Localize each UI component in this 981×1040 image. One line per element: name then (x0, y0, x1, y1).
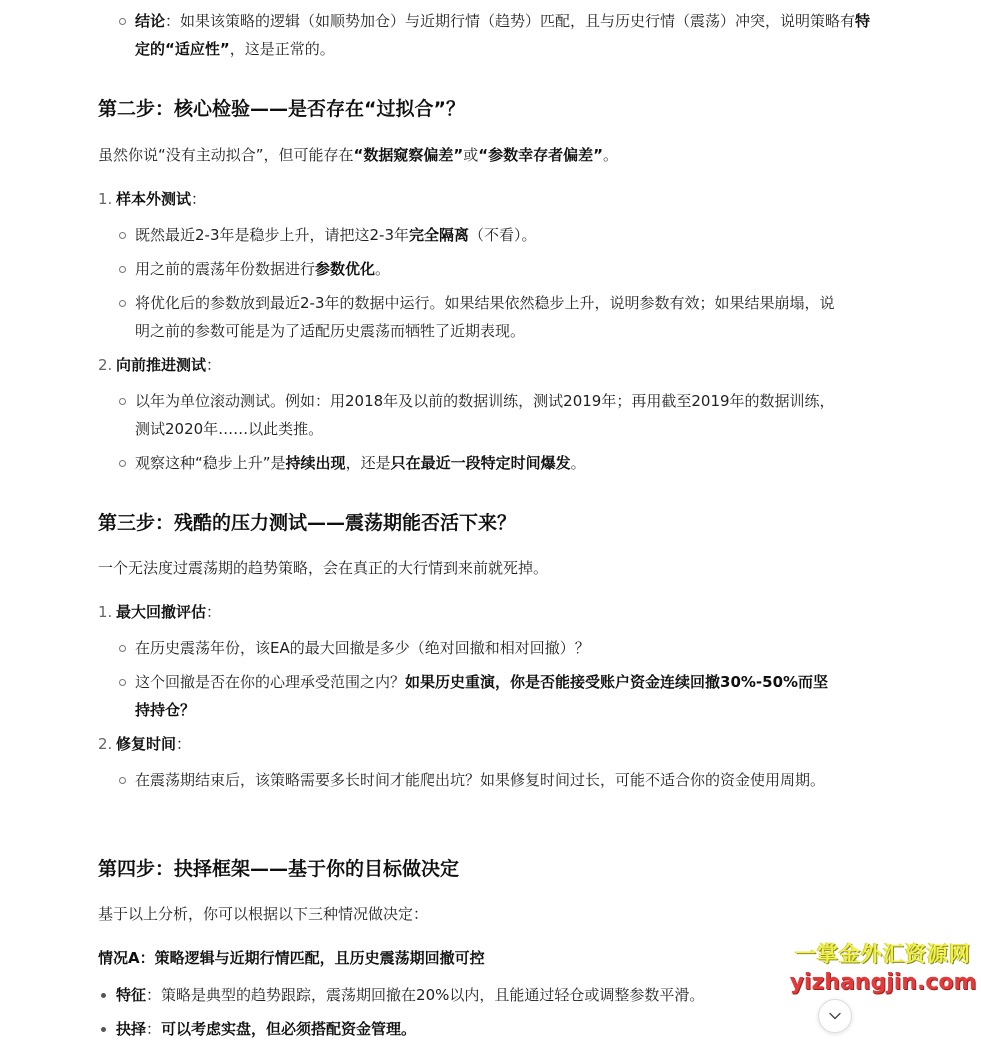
intro-bold-1: “数据窥察偏差” (354, 146, 464, 164)
sub-text-end: 。 (375, 260, 390, 278)
watermark-cn: 一掌金外汇资源网 (788, 940, 978, 968)
list-number: 1. (98, 185, 112, 213)
list-number: 2. (98, 351, 112, 379)
sub-item: 既然最近2-3年是稳步上升，请把这2-3年完全隔离（不看）。 (98, 221, 843, 249)
step3-list: 1.最大回撤评估： 在历史震荡年份，该EA的最大回撤是多少（绝对回撤和相对回撤）… (98, 598, 843, 794)
case-a-title-text: 情况A：策略逻辑与近期行情匹配，且历史震荡期回撤可控 (98, 949, 485, 967)
sub-bold: 完全隔离 (409, 226, 469, 244)
intro-text: 虽然你说“没有主动拟合”，但可能存在 (98, 146, 354, 164)
list-number: 1. (98, 598, 112, 626)
intro-bold-2: “参数幸存者偏差” (478, 146, 603, 164)
sub-text: 既然最近2-3年是稳步上升，请把这2-3年 (135, 226, 409, 244)
step4-intro: 基于以上分析，你可以根据以下三种情况做决定： (98, 900, 428, 928)
sub-item: 在历史震荡年份，该EA的最大回撤是多少（绝对回撤和相对回撤）？ (98, 634, 843, 662)
sub-text: 这个回撤是否在你的心理承受范围之内？ (135, 673, 405, 691)
step2-heading: 第二步：核心检验——是否存在“过拟合”？ (98, 95, 465, 123)
step2-list: 1.样本外测试： 既然最近2-3年是稳步上升，请把这2-3年完全隔离（不看）。 … (98, 185, 843, 477)
bullet-label: 结论 (135, 12, 165, 30)
bullet-text: 策略是典型的趋势跟踪，震荡期回撤在20%以内，且能通过轻仓或调整参数平滑。 (161, 986, 704, 1004)
watermark-en: yizhangjin.com (788, 968, 978, 998)
sub-item: 在震荡期结束后，该策略需要多长时间才能爬出坑？如果修复时间过长，可能不适合你的资… (98, 766, 843, 794)
bullet-text: 如果该策略的逻辑（如顺势加仓）与近期行情（趋势）匹配，且与历史行情（震荡）冲突，… (180, 12, 855, 30)
bullet-feature: 特征：策略是典型的趋势跟踪，震荡期回撤在20%以内，且能通过轻仓或调整参数平滑。 (98, 981, 843, 1009)
sub-bold-2: 只在最近一段特定时间爆发 (391, 454, 571, 472)
colon: ： (176, 735, 191, 753)
case-a-bullets: 特征：策略是典型的趋势跟踪，震荡期回撤在20%以内，且能通过轻仓或调整参数平滑。… (98, 981, 843, 1040)
list-number: 2. (98, 730, 112, 758)
list-item-recovery-time: 2.修复时间： (98, 730, 843, 758)
colon: ： (206, 356, 221, 374)
bullet-decision: 抉择：可以考虑实盘，但必须搭配资金管理。 (98, 1015, 843, 1040)
list-title: 修复时间 (116, 735, 176, 753)
scroll-down-button[interactable] (818, 999, 852, 1033)
separator: ： (146, 986, 161, 1004)
list-title: 向前推进测试 (116, 356, 206, 374)
sub-text-mid: ，还是 (346, 454, 391, 472)
sub-text: 用之前的震荡年份数据进行 (135, 260, 315, 278)
step3-intro: 一个无法度过震荡期的趋势策略，会在真正的大行情到来前就死掉。 (98, 554, 548, 582)
sub-item: 观察这种“稳步上升”是持续出现，还是只在最近一段特定时间爆发。 (98, 449, 843, 477)
watermark: 一掌金外汇资源网 yizhangjin.com (788, 940, 978, 998)
case-a-title: 情况A：策略逻辑与近期行情匹配，且历史震荡期回撤可控 (98, 944, 485, 972)
bullet-text-end: ，这是正常的。 (230, 40, 335, 58)
sub-item: 以年为单位滚动测试。例如：用2018年及以前的数据训练，测试2019年；再用截至… (98, 387, 843, 443)
step3-heading: 第三步：残酷的压力测试——震荡期能否活下来？ (98, 509, 516, 537)
bullet-label: 特征 (116, 986, 146, 1004)
sub-bold: 参数优化 (315, 260, 375, 278)
step2-intro: 虽然你说“没有主动拟合”，但可能存在“数据窥察偏差”或“参数幸存者偏差”。 (98, 141, 618, 169)
sub-text: 将优化后的参数放到最近2-3年的数据中运行。如果结果依然稳步上升，说明参数有效；… (135, 294, 835, 340)
list-title: 最大回撤评估 (116, 603, 206, 621)
list-item-walk-forward: 2.向前推进测试： (98, 351, 843, 379)
sub-item: 用之前的震荡年份数据进行参数优化。 (98, 255, 843, 283)
conclusion-bullet: 结论：如果该策略的逻辑（如顺势加仓）与近期行情（趋势）匹配，且与历史行情（震荡）… (98, 7, 880, 63)
bullet-label: 抉择 (116, 1020, 146, 1038)
sub-bold: 持续出现 (286, 454, 346, 472)
list-item-oos-test: 1.样本外测试： (98, 185, 843, 213)
sub-text: 在震荡期结束后，该策略需要多长时间才能爬出坑？如果修复时间过长，可能不适合你的资… (135, 771, 825, 789)
intro-end: 。 (603, 146, 618, 164)
step4-heading: 第四步：抉择框架——基于你的目标做决定 (98, 855, 459, 883)
sub-item: 将优化后的参数放到最近2-3年的数据中运行。如果结果依然稳步上升，说明参数有效；… (98, 289, 843, 345)
intro-mid: 或 (463, 146, 478, 164)
sub-text-end: 。 (571, 454, 586, 472)
sub-text: 在历史震荡年份，该EA的最大回撤是多少（绝对回撤和相对回撤）？ (135, 639, 590, 657)
sub-text: 以年为单位滚动测试。例如：用2018年及以前的数据训练，测试2019年；再用截至… (135, 392, 835, 438)
colon: ： (206, 603, 221, 621)
colon: ： (191, 190, 206, 208)
bullet-bold: 可以考虑实盘，但必须搭配资金管理。 (161, 1020, 416, 1038)
separator: ： (165, 12, 180, 30)
separator: ： (146, 1020, 161, 1038)
sub-text-end: （不看）。 (469, 226, 537, 244)
list-item-max-drawdown: 1.最大回撤评估： (98, 598, 843, 626)
chevron-down-icon (829, 1012, 841, 1020)
sub-text: 观察这种“稳步上升”是 (135, 454, 286, 472)
sub-item: 这个回撤是否在你的心理承受范围之内？如果历史重演，你是否能接受账户资金连续回撤3… (98, 668, 843, 724)
list-title: 样本外测试 (116, 190, 191, 208)
